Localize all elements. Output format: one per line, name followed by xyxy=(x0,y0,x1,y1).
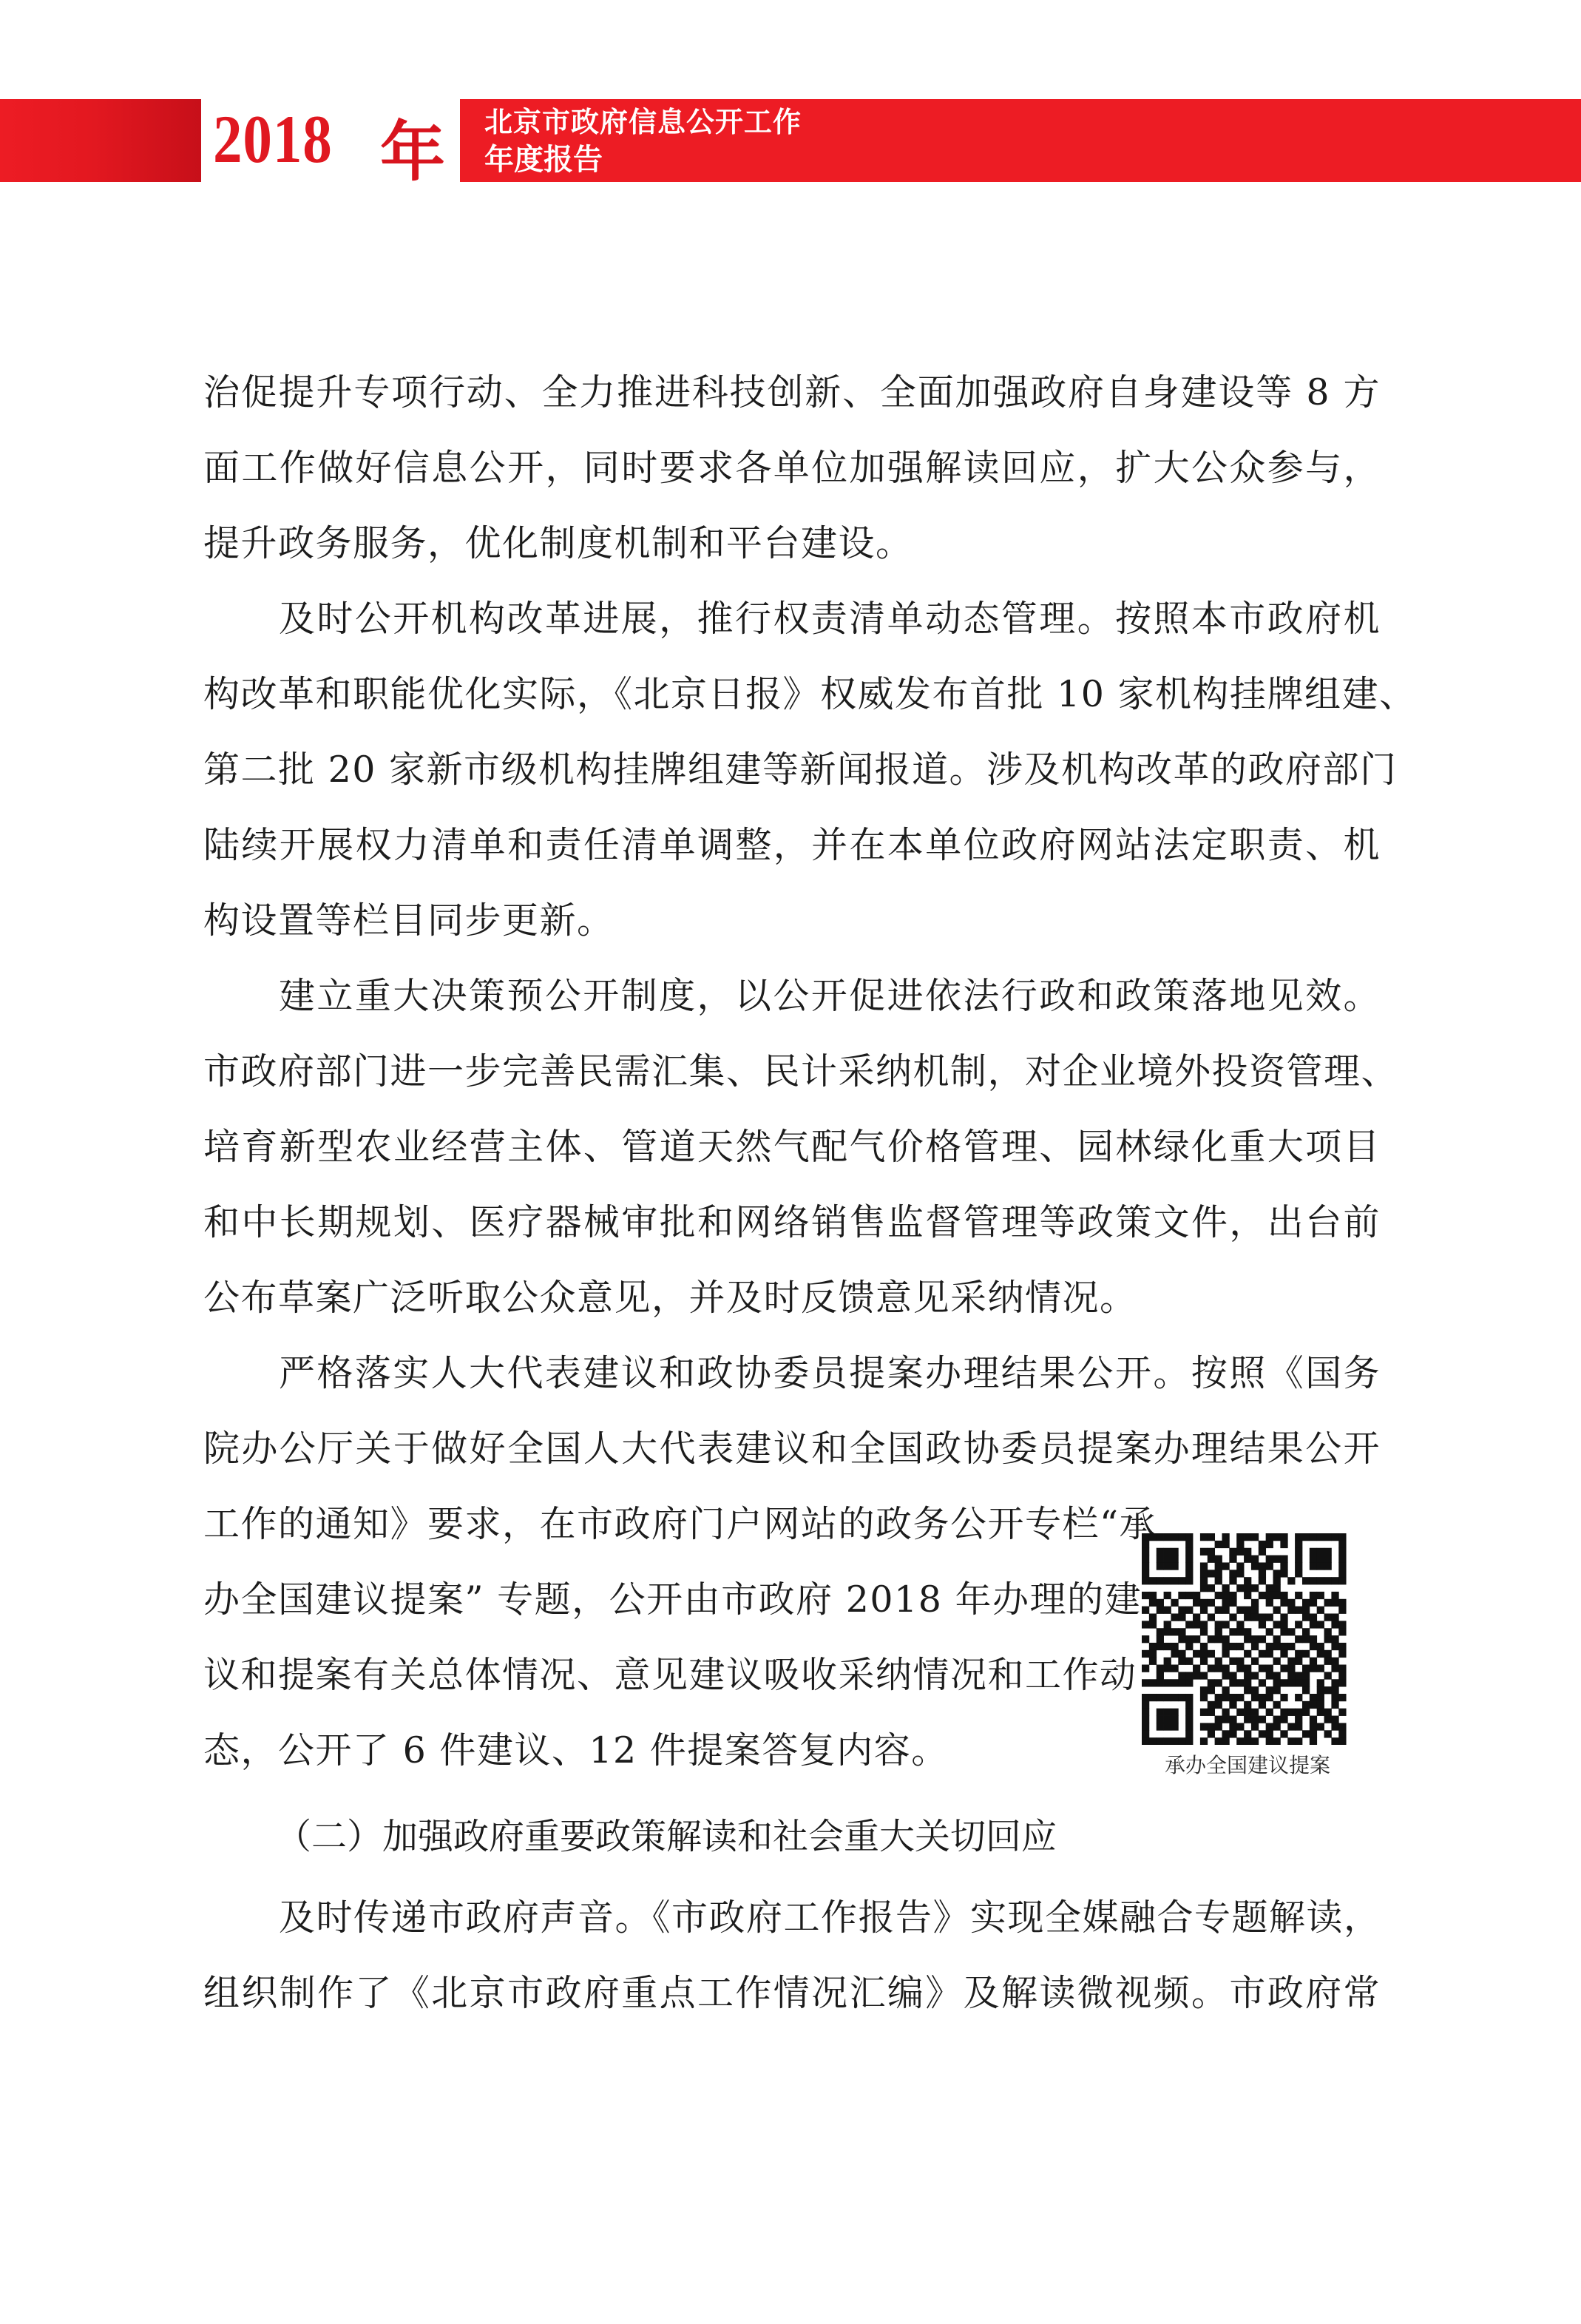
text-line: 面工作做好信息公开，同时要求各单位加强解读回应，扩大公众参与， xyxy=(203,430,1381,506)
text-line: 工作的通知》要求，在市政府门户网站的政务公开专栏“承 xyxy=(203,1487,1120,1562)
report-subtitle: 年度报告 xyxy=(484,142,603,178)
text-line: 议和提案有关总体情况、意见建议吸收采纳情况和工作动 xyxy=(203,1638,1120,1713)
text-line: 院办公厅关于做好全国人大代表建议和全国政协委员提案办理结果公开 xyxy=(203,1411,1381,1487)
text-line: 市政府部门进一步完善民需汇集、民计采纳机制，对企业境外投资管理、 xyxy=(203,1034,1381,1109)
text-line: 和中长期规划、医疗器械审批和网络销售监督管理等政策文件，出台前 xyxy=(203,1185,1381,1260)
text-line: 严格落实人大代表建议和政协委员提案办理结果公开。按照《国务 xyxy=(279,1336,1381,1411)
section-heading: （二）加强政府重要政策解读和社会重大关切回应 xyxy=(276,1799,1057,1874)
header-red-block xyxy=(0,99,201,182)
text-line: 第二批 20 家新市级机构挂牌组建等新闻报道。涉及机构改革的政府部门 xyxy=(203,732,1381,808)
text-line: 提升政务服务，优化制度机制和平台建设。 xyxy=(203,506,913,581)
text-line: 态，公开了 6 件建议、12 件提案答复内容。 xyxy=(203,1713,949,1788)
qr-caption: 承办全国建议提案 xyxy=(1109,1749,1386,1779)
text-line: 建立重大决策预公开制度，以公开促进依法行政和政策落地见效。 xyxy=(279,959,1381,1034)
report-title: 北京市政府信息公开工作 xyxy=(484,105,802,139)
text-line: 组织制作了《北京市政府重点工作情况汇编》及解读微视频。市政府常 xyxy=(203,1956,1381,2031)
text-line: 培育新型农业经营主体、管道天然气配气价格管理、园林绿化重大项目 xyxy=(203,1109,1381,1185)
year-suffix: 年 xyxy=(380,101,445,194)
qr-code-icon xyxy=(1142,1533,1353,1745)
text-line: 构改革和职能优化实际，《北京日报》权威发布首批 10 家机构挂牌组建、 xyxy=(203,657,1381,732)
header-title-banner: 北京市政府信息公开工作 年度报告 xyxy=(460,99,1581,182)
text-line: 治促提升专项行动、全力推进科技创新、全面加强政府自身建设等 8 方 xyxy=(203,355,1381,430)
text-line: 陆续开展权力清单和责任清单调整，并在本单位政府网站法定职责、机 xyxy=(203,808,1381,883)
text-line: 办全国建议提案” 专题，公开由市政府 2018 年办理的建 xyxy=(203,1562,1120,1638)
text-line: 公布草案广泛听取公众意见，并及时反馈意见采纳情况。 xyxy=(203,1260,1137,1336)
year-number: 2018 xyxy=(213,100,333,178)
text-line: 构设置等栏目同步更新。 xyxy=(203,883,615,959)
report-year: 2018 年 xyxy=(213,95,352,183)
text-line: 及时公开机构改革进展，推行权责清单动态管理。按照本市政府机 xyxy=(279,581,1381,657)
text-line: 及时传递市政府声音。《市政府工作报告》实现全媒融合专题解读， xyxy=(279,1880,1381,1956)
